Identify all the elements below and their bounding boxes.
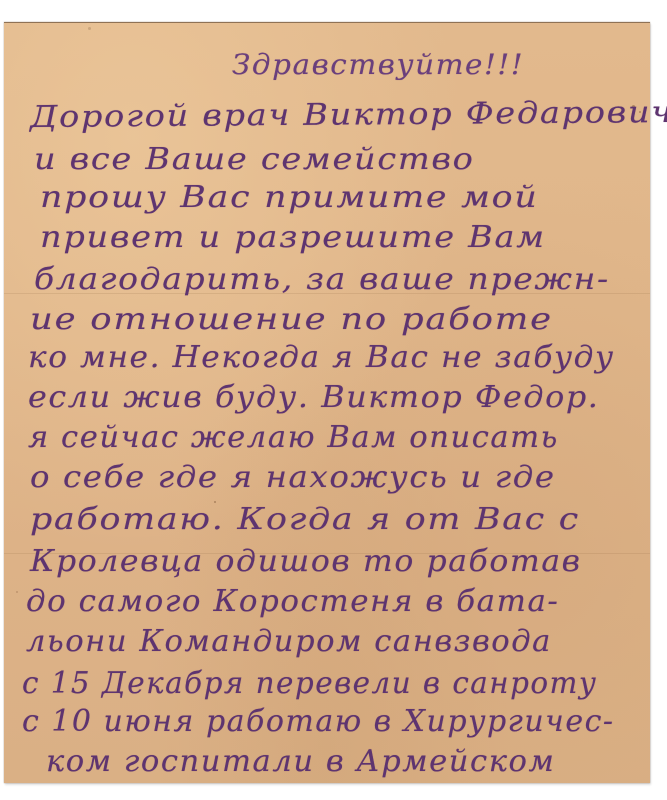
letter-line-16: с 10 июня работаю в Хирургичес- (22, 707, 615, 737)
letter-line-9: я сейчас желаю Вам описать (28, 423, 559, 453)
letter-line-2: и все Ваше семейство (34, 145, 475, 175)
letter-line-13: до самого Коростеня в бата- (26, 587, 559, 617)
letter-line-15: с 15 Декабря перевели в санроту (22, 669, 597, 699)
letter-line-10: о себе где я нахожусь и где (30, 463, 556, 493)
letter-line-4: привет и разрешите Вам (40, 223, 546, 253)
letter-line-5: благодарить, за ваше прежн- (34, 265, 610, 295)
letter-line-12: Кролевца одишов то работав (30, 547, 582, 577)
letter-line-11: работаю. Когда я от Вас с (30, 505, 580, 535)
letter-line-17: ком госпитали в Армейском (46, 747, 555, 777)
paper-stain (16, 591, 18, 593)
letter-greeting: Здравствуйте!!! (232, 51, 524, 79)
letter-line-7: ко мне. Некогда я Вас не забуду (28, 343, 615, 373)
paper-stain (88, 27, 91, 30)
letter-line-1: Дорогой врач Виктор Федарович (30, 98, 667, 133)
letter-line-3: прошу Вас примите мой (40, 183, 539, 213)
letter-paper: Здравствуйте!!! Дорогой врач Виктор Феда… (4, 22, 650, 783)
letter-line-14: льони Командиром санвзвода (26, 627, 552, 657)
letter-line-8: если жив буду. Виктор Федор. (28, 383, 599, 413)
letter-line-6: ие отношение по работе (30, 305, 553, 335)
